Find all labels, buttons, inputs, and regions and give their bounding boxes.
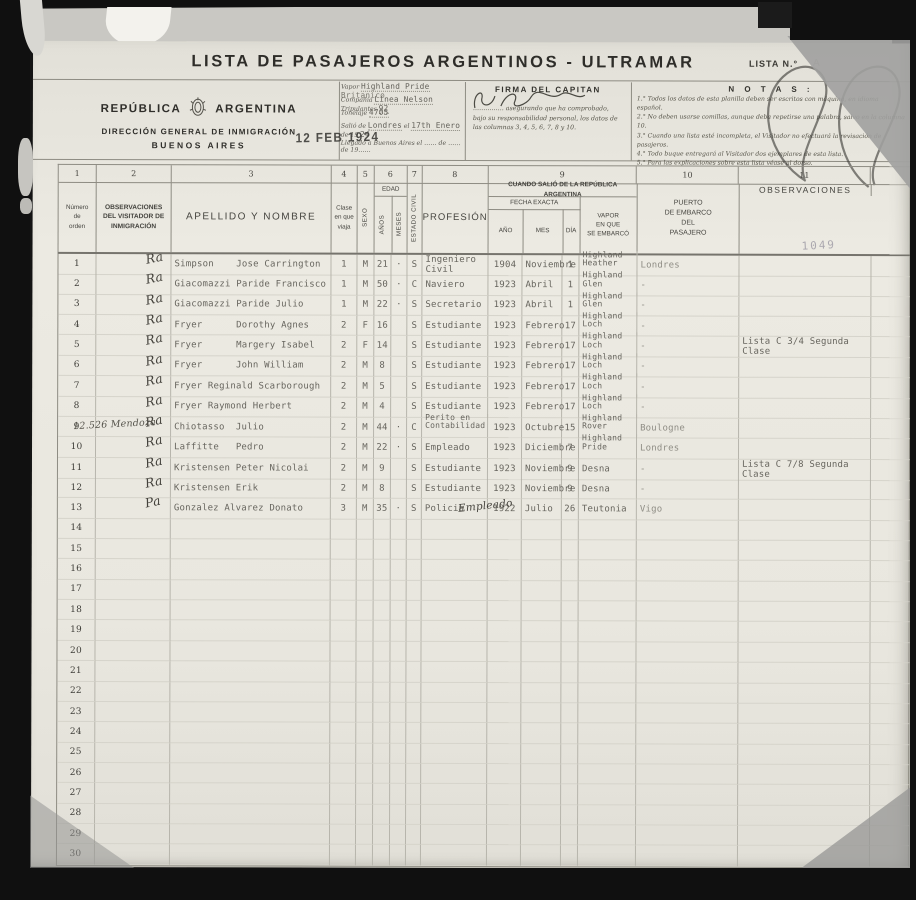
cell-sexo — [356, 784, 373, 804]
cell-puerto: - — [637, 398, 739, 419]
cell-sexo: F — [357, 336, 374, 357]
cell-mes — [522, 622, 562, 642]
header-edad: EDAD — [375, 183, 407, 197]
cell-prof: Empleado — [422, 438, 488, 459]
inspector-initials-handwritten: Ra — [144, 391, 164, 409]
cell-n: 5 — [58, 335, 96, 356]
header-numero-orden: Número de orden — [59, 182, 97, 252]
cell-margin — [871, 256, 910, 277]
cell-dia — [561, 846, 578, 866]
cell-obs — [739, 520, 871, 541]
cell-obs — [739, 378, 871, 399]
cell-estado — [406, 723, 421, 743]
cell-vapor — [578, 724, 636, 745]
cell-prof: Estudiante — [422, 458, 488, 479]
cell-name — [171, 560, 331, 581]
cell-dia: 17 — [562, 377, 579, 397]
cell-estado — [406, 764, 421, 784]
cell-prof: Secretario — [422, 296, 488, 317]
cell-margin — [870, 704, 909, 724]
cell-mes — [521, 784, 561, 804]
cell-anios: 4 — [374, 397, 391, 417]
cell-mes — [521, 825, 561, 845]
cell-clase — [330, 682, 356, 702]
cell-anio — [487, 784, 521, 804]
cell-anio: 1923 — [488, 418, 522, 438]
cell-mes — [521, 642, 561, 662]
cell-name — [170, 641, 330, 662]
cell-sexo — [356, 845, 373, 865]
cell-puerto — [636, 642, 738, 663]
header-cuando-salio-group: CUANDO SALIÓ DE LA REPÚBLICA ARGENTINA F… — [489, 183, 638, 253]
col-number: 2 — [97, 165, 172, 182]
cell-n: 16 — [58, 559, 96, 579]
cell-anios — [373, 764, 390, 784]
cell-sexo — [356, 662, 373, 682]
header-observaciones: OBSERVACIONES 1049 — [740, 184, 872, 197]
cell-meses — [390, 764, 406, 784]
cell-clase — [330, 723, 356, 743]
cell-anio — [488, 601, 522, 621]
cell-name: RaGiacomazzi Paride Julio — [171, 295, 331, 316]
cell-estado — [406, 682, 421, 702]
cell-anios — [373, 825, 390, 845]
cell-prof: Naviero — [422, 275, 488, 296]
header-mes: MES — [523, 209, 564, 253]
cell-sexo: M — [357, 397, 374, 417]
cell-prof: Estudiante — [422, 316, 488, 337]
cell-estado: S — [407, 316, 422, 336]
cell-n: 3 — [58, 295, 96, 315]
cell-dia: 7 — [562, 438, 579, 458]
cell-meses — [390, 825, 406, 845]
cell-dia — [561, 764, 578, 784]
cell-anio: 1923 — [488, 438, 522, 458]
cell-anio — [487, 825, 521, 845]
cell-clase: 2 — [331, 336, 357, 357]
cell-anio — [487, 683, 521, 703]
cell-obs — [739, 398, 871, 419]
cell-meses — [390, 723, 406, 743]
cell-n: 15 — [58, 539, 96, 559]
cell-hw — [95, 824, 170, 845]
cell-prof: Estudiante — [422, 479, 488, 500]
header-margin-col — [872, 184, 912, 254]
cell-vapor — [579, 520, 637, 541]
cell-vapor — [578, 825, 636, 846]
cell-dia — [561, 724, 578, 744]
cell-margin — [870, 684, 909, 704]
col-number: 6 — [374, 166, 407, 183]
cell-name — [170, 763, 330, 784]
table-row: 19 — [58, 620, 909, 643]
cell-margin — [871, 337, 910, 358]
cell-hw — [96, 620, 171, 641]
cell-estado: S — [407, 357, 422, 377]
cell-obs — [739, 602, 871, 623]
cell-clase: 2 — [331, 418, 357, 438]
cell-n: 25 — [57, 743, 95, 763]
cell-n: 11 — [58, 458, 96, 479]
cell-clase — [330, 662, 356, 682]
cell-name: RaGiacomazzi Paride Francisco — [171, 275, 331, 296]
ship-info-box: Vapor Highland Pride Britanico Compañía … — [341, 82, 465, 160]
cell-dia — [562, 581, 579, 601]
col-number: 10 — [637, 166, 739, 183]
cell-mes — [521, 723, 561, 743]
cell-meses — [390, 682, 406, 702]
cell-prof: Estudiante — [422, 377, 488, 398]
table-row: 12RaKristensen Erik2M8SEstudiante1923Nov… — [58, 478, 909, 501]
cell-dia — [562, 561, 579, 581]
coat-of-arms-icon — [189, 97, 207, 120]
cell-n: 27 — [57, 783, 95, 803]
cell-vapor — [578, 805, 636, 826]
arrival-date-stamp: 12 FEB 1924 — [295, 129, 379, 146]
header-puerto-embarco: PUERTO DE EMBARCO DEL PASAJERO — [638, 183, 740, 253]
cell-puerto — [637, 602, 739, 623]
cell-estado: S — [407, 255, 422, 276]
cell-margin — [871, 358, 910, 378]
cell-anios: 16 — [374, 316, 391, 336]
cell-margin — [871, 399, 910, 419]
cell-mes: Febrero — [522, 398, 562, 418]
cell-meses — [390, 845, 406, 865]
cell-estado — [407, 540, 422, 560]
cell-meses — [391, 336, 407, 357]
cell-puerto — [636, 744, 738, 765]
cell-mes — [521, 764, 561, 784]
cell-clase — [331, 580, 357, 600]
agency-box: REPÚBLICA ARGENTINA DIRECCIÓN GENERAL DE… — [61, 81, 337, 160]
cell-mes — [521, 846, 561, 866]
cell-clase — [330, 804, 356, 824]
table-row: 22 — [57, 681, 908, 704]
cell-mes — [522, 581, 562, 601]
cell-anios — [373, 703, 390, 723]
cell-prof — [421, 662, 487, 683]
cell-dia — [562, 520, 579, 540]
cell-clase: 2 — [331, 438, 357, 458]
cell-anio: 1923 — [488, 275, 522, 295]
table-row: 2RaGiacomazzi Paride Francisco1M50·CNavi… — [58, 274, 909, 297]
cell-clase: 2 — [331, 356, 357, 376]
cell-name — [170, 743, 330, 764]
cell-mes — [521, 703, 561, 723]
cell-anio — [487, 764, 521, 784]
cell-meses — [391, 581, 407, 601]
cell-meses — [391, 479, 407, 499]
col-number: 5 — [357, 166, 374, 183]
header-apellido-nombre: APELLIDO Y NOMBRE — [172, 182, 332, 252]
cell-puerto — [636, 805, 738, 826]
cell-dia: 1 — [562, 276, 579, 296]
cell-vapor — [578, 744, 636, 765]
cell-clase: 3 — [331, 499, 357, 519]
cell-sexo: M — [357, 356, 374, 376]
cell-meses — [391, 560, 407, 580]
cell-meses — [391, 377, 407, 397]
cell-mes: Noviembre — [522, 255, 562, 276]
cell-margin — [871, 602, 910, 622]
film-notch — [758, 2, 792, 28]
cell-clase: 2 — [331, 377, 357, 397]
cell-n: 24 — [57, 722, 95, 742]
cell-sexo: M — [357, 275, 374, 295]
cell-dia: 1 — [562, 296, 579, 316]
cell-anio — [487, 703, 521, 723]
cell-sexo — [357, 540, 374, 560]
cell-n: 12 — [58, 478, 96, 498]
cell-dia: 17 — [562, 337, 579, 358]
cell-mes: Octubre — [522, 418, 562, 438]
cell-anio: 1923 — [488, 357, 522, 377]
cell-sexo — [356, 743, 373, 763]
cell-n: 20 — [57, 641, 95, 661]
cell-obs — [738, 643, 870, 664]
cell-dia — [561, 785, 578, 805]
registry-number-stamp: 1049 — [801, 237, 836, 255]
cell-obs: Lista C 7/8 Segunda Clase — [739, 459, 871, 480]
cell-obs — [739, 480, 871, 501]
cell-meses — [390, 662, 406, 682]
cell-hw — [95, 743, 170, 764]
cell-vapor: Desna — [579, 479, 637, 500]
col-number: 1 — [59, 165, 97, 182]
cell-n: 19 — [58, 620, 96, 640]
cell-puerto: - — [637, 357, 739, 378]
cell-mes — [521, 683, 561, 703]
cell-clase: 2 — [331, 316, 357, 336]
cell-name — [170, 804, 330, 825]
salio-fecha: 17th Enero — [411, 121, 460, 131]
cell-name: RaFryer Raymond Herbert — [171, 397, 331, 418]
cell-puerto — [636, 825, 738, 846]
cell-clase — [331, 560, 357, 580]
scanned-passenger-list: LISTA DE PASAJEROS ARGENTINOS - ULTRAMAR… — [0, 0, 916, 900]
cell-puerto — [636, 846, 738, 867]
cell-name: RaLaffitte Pedro — [171, 437, 331, 458]
paper-edge-fragment — [18, 138, 33, 196]
cell-mes: Abril — [522, 296, 562, 316]
header-meses: MESES — [392, 196, 408, 253]
cell-vapor — [579, 601, 637, 622]
header-clase: Clase en que viaja — [332, 183, 358, 253]
cell-anio — [488, 581, 522, 601]
cell-prof: Perito enContabilidad — [422, 414, 488, 439]
tonelaje-label: Tonelaje — [341, 110, 367, 117]
cell-anios — [373, 743, 390, 763]
cell-mes — [521, 662, 561, 682]
col-number: 7 — [407, 166, 422, 183]
cell-margin — [871, 521, 910, 541]
cell-meses — [391, 357, 407, 377]
header-observaciones-visitador: OBSERVACIONES DEL VISITADOR DE INMIGRACI… — [97, 182, 172, 252]
cell-hw — [95, 722, 170, 743]
cell-hw — [96, 519, 171, 540]
cell-meses — [390, 703, 406, 723]
table-row: 16 — [58, 559, 909, 582]
cell-estado — [406, 662, 421, 682]
cell-obs — [739, 317, 871, 338]
cell-vapor — [579, 540, 637, 561]
cell-obs — [739, 276, 871, 297]
cell-puerto: Vigo — [637, 500, 739, 521]
cell-estado — [407, 601, 422, 621]
cell-vapor: HighlandPride — [579, 435, 637, 460]
cell-anios — [374, 601, 391, 621]
cell-mes: Noviembre — [522, 459, 562, 480]
cell-sexo — [357, 560, 374, 580]
cell-meses: · — [391, 275, 407, 295]
cell-anio: 1923 — [488, 316, 522, 336]
cell-prof — [421, 703, 487, 724]
cell-name — [171, 580, 331, 601]
cell-dia: 17 — [562, 357, 579, 377]
film-edge-left — [0, 0, 30, 900]
table-row: 1RaSimpson Jose Carrington1M21·SIngenier… — [58, 254, 909, 277]
agency-argentina: ARGENTINA — [215, 103, 297, 115]
cell-puerto — [636, 663, 738, 684]
cell-mes: Julio — [522, 499, 562, 519]
cell-sexo: M — [357, 255, 374, 276]
cell-anios — [374, 540, 391, 560]
cell-sexo: M — [357, 377, 374, 397]
cell-prof — [422, 601, 488, 622]
cell-name — [170, 824, 330, 845]
cell-sexo: M — [357, 458, 374, 479]
cell-n: 18 — [58, 600, 96, 620]
cell-name: RaSimpson Jose Carrington — [171, 254, 331, 275]
cell-dia: 17 — [562, 316, 579, 336]
cell-sexo: M — [357, 418, 374, 438]
cell-obs — [739, 581, 871, 602]
cell-estado — [406, 703, 421, 723]
table-row: 28 — [57, 804, 908, 827]
cell-puerto: Boulogne — [637, 418, 739, 439]
cell-obs — [738, 805, 870, 826]
cell-meses — [390, 784, 406, 804]
cell-puerto — [636, 785, 738, 806]
cell-anio — [487, 723, 521, 743]
cell-obs — [738, 663, 870, 684]
cell-name: PaGonzalez Alvarez Donato — [171, 499, 331, 520]
header-ano: AÑO — [489, 209, 524, 253]
cell-mes: Abril — [522, 275, 562, 295]
cell-dia: 9 — [562, 479, 579, 499]
cell-puerto — [637, 561, 739, 582]
cell-sexo — [356, 703, 373, 723]
cell-prof — [422, 621, 488, 642]
cell-hw — [95, 763, 170, 784]
cell-anio — [488, 622, 522, 642]
agency-republica: REPÚBLICA — [101, 103, 182, 115]
cell-obs — [739, 296, 871, 317]
cell-sexo — [357, 601, 374, 621]
table-row: 21 — [57, 661, 908, 684]
cell-sexo — [357, 519, 374, 539]
cell-name — [170, 845, 330, 866]
captain-box: FIRMA DEL CAPITAN …………… asegurando que h… — [467, 82, 629, 160]
cell-puerto: - — [637, 337, 739, 358]
cell-dia — [561, 642, 578, 662]
cell-estado — [406, 642, 421, 662]
table-row: 11RaKristensen Peter Nicolai2M9SEstudian… — [58, 458, 909, 481]
cell-estado: S — [407, 479, 422, 499]
cell-hw — [96, 559, 171, 580]
cell-name: RaKristensen Erik — [171, 478, 331, 499]
cell-meses: · — [391, 438, 407, 458]
cell-anio: 1923 — [488, 479, 522, 499]
cell-prof: Estudiante — [422, 336, 488, 357]
table-row: 17 — [58, 580, 909, 603]
cell-margin — [871, 439, 910, 459]
cell-clase: 1 — [331, 295, 357, 315]
cell-name: RaKristensen Peter Nicolai — [171, 458, 331, 479]
cell-mes — [522, 601, 562, 621]
cell-dia — [561, 703, 578, 723]
cell-anios: 8 — [374, 479, 391, 499]
cell-prof: Ingeniero Civil — [422, 255, 488, 276]
cell-puerto: - — [637, 479, 739, 500]
table-row: 20 — [57, 641, 908, 664]
cell-n: 21 — [57, 661, 95, 681]
cell-margin — [871, 276, 910, 296]
cell-puerto — [636, 764, 738, 785]
cell-n: 23 — [57, 702, 95, 722]
cell-clase: 1 — [331, 275, 357, 295]
cell-vapor — [578, 785, 636, 806]
cell-anio: 1923 — [488, 398, 522, 418]
cell-prof — [421, 825, 487, 846]
cell-anio: 1923 — [488, 377, 522, 397]
cell-n: 8 — [58, 396, 96, 416]
cell-obs — [738, 765, 870, 786]
cell-hw — [95, 702, 170, 723]
table-row: 23 — [57, 702, 908, 725]
header-dia: DÍA — [563, 209, 581, 253]
table-row: 13PaGonzalez Alvarez Donato3M35·SPolicia… — [58, 498, 909, 521]
cell-mes: Noviembre — [522, 479, 562, 499]
cell-margin — [871, 480, 910, 500]
vapor-label: Vapor — [341, 84, 359, 91]
cell-obs — [739, 256, 871, 277]
cell-margin — [871, 500, 910, 520]
cell-anio — [487, 805, 521, 825]
cell-anio — [488, 560, 522, 580]
cell-meses — [390, 743, 406, 763]
cell-prof — [422, 560, 488, 581]
cell-dia: 15 — [562, 418, 579, 438]
cell-margin — [871, 297, 910, 317]
cell-prof — [422, 540, 488, 561]
table-row: 9Ra12.526 MendozaChiotasso Julio2M44·CPe… — [58, 417, 909, 440]
cell-sexo — [356, 804, 373, 824]
cell-name — [170, 702, 330, 723]
cell-name: RaFryer John William — [171, 356, 331, 377]
cell-anios: 8 — [374, 357, 391, 377]
cell-hw — [95, 783, 170, 804]
cell-sexo — [357, 580, 374, 600]
cell-margin — [871, 317, 910, 337]
cell-anios — [374, 560, 391, 580]
cell-mes: Febrero — [522, 357, 562, 377]
el-label: el — [404, 123, 410, 130]
cell-mes — [521, 744, 561, 764]
cell-hw — [96, 539, 171, 560]
table-row: 3RaGiacomazzi Paride Julio1M22·SSecretar… — [58, 295, 909, 318]
cell-anios — [373, 642, 390, 662]
